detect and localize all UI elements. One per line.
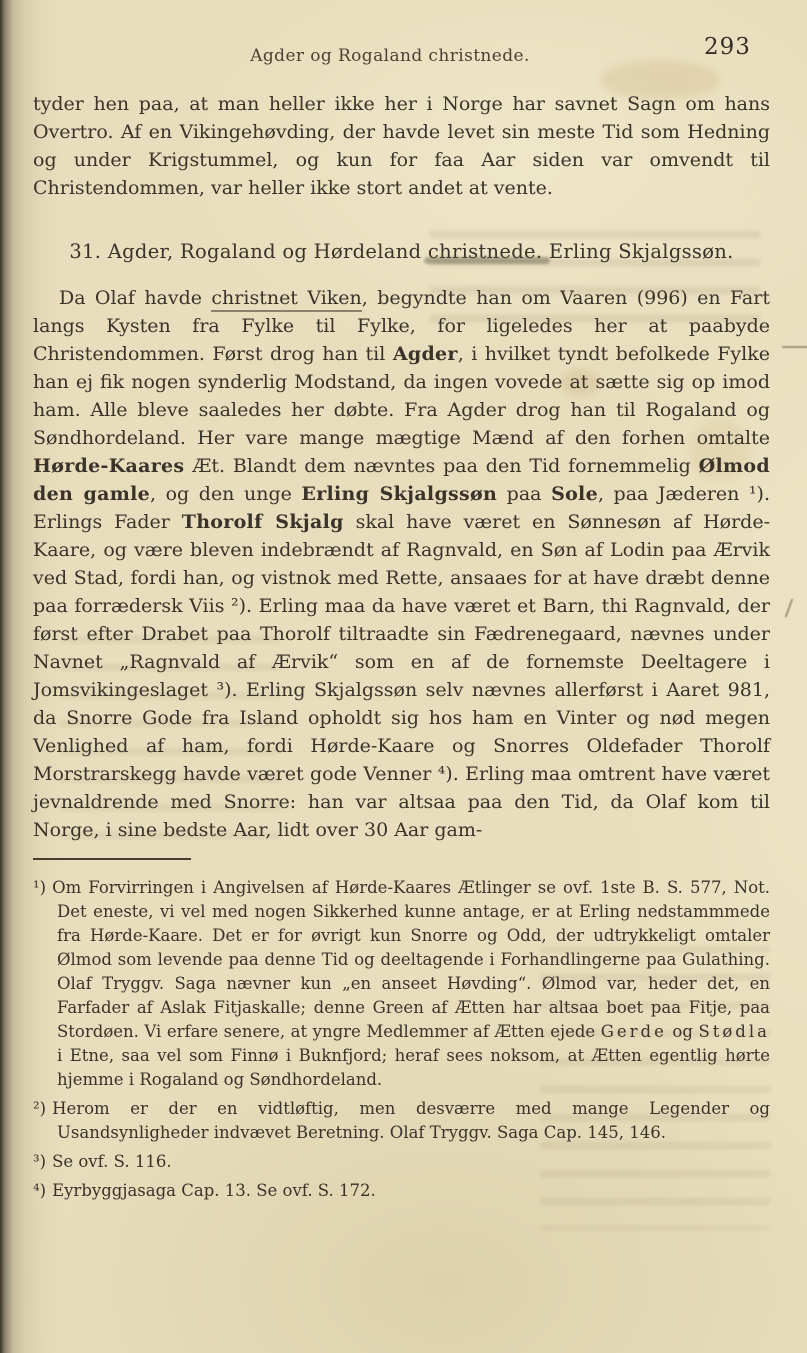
body-text-segment: , og den unge bbox=[150, 483, 301, 505]
footnote-text-segment: Om Forvirringen i Angivelsen af Hørde-Ka… bbox=[52, 878, 770, 1041]
footnotes-section: ¹)Om Forvirringen i Angivelsen af Hørde-… bbox=[33, 876, 770, 1203]
footnote-4: ⁴)Eyrbyggjasaga Cap. 13. Se ovf. S. 172. bbox=[33, 1179, 770, 1203]
footnote-text-segment: og bbox=[667, 1022, 699, 1041]
intro-paragraph: tyder hen paa, at man heller ikke her i … bbox=[33, 90, 770, 202]
section-heading-marked-wrap: christnede. bbox=[428, 240, 543, 263]
footnote-text-segment: Eyrbyggjasaga Cap. 13. Se ovf. S. 172. bbox=[52, 1181, 376, 1200]
footnote-text-segment: Herom er der en vidtløftig, men desværre… bbox=[52, 1099, 770, 1142]
section-heading-subtitle: Erling Skjalgssøn. bbox=[542, 240, 733, 263]
footnote-marker: ³) bbox=[33, 1152, 52, 1171]
place-name-agder: Agder bbox=[393, 343, 458, 365]
footnote-text-segment: i Etne, saa vel som Finnø i Buknfjord; h… bbox=[57, 1046, 770, 1089]
person-name-erling-skjalgssoen: Erling Skjalgssøn bbox=[301, 483, 497, 505]
pencil-mark bbox=[785, 598, 794, 617]
pencil-smudge-mark bbox=[424, 257, 551, 264]
pencil-mark bbox=[782, 346, 807, 348]
body-paragraph: Da Olaf havde christnet Viken, begyndte … bbox=[33, 284, 770, 844]
footnote-3: ³)Se ovf. S. 116. bbox=[33, 1150, 770, 1174]
body-text-segment: Da Olaf havde bbox=[59, 287, 211, 309]
running-header: Agder og Rogaland christnede. bbox=[0, 46, 780, 66]
place-name-gerde: Gerde bbox=[601, 1022, 667, 1041]
place-name-sole: Sole bbox=[551, 483, 598, 505]
footnote-marker: ¹) bbox=[33, 878, 52, 897]
footnote-separator-rule bbox=[33, 858, 191, 860]
body-text-segment: Æt. Blandt dem nævntes paa den Tid forne… bbox=[184, 455, 698, 477]
place-name-stoedla: Stødla bbox=[698, 1022, 770, 1041]
section-heading: 31. Agder, Rogaland og Hørdeland christn… bbox=[33, 240, 770, 263]
footnote-text-segment: Se ovf. S. 116. bbox=[52, 1152, 172, 1171]
body-text-segment: paa bbox=[497, 483, 551, 505]
footnote-marker: ²) bbox=[33, 1099, 52, 1118]
footnote-marker: ⁴) bbox=[33, 1181, 52, 1200]
body-text-segment: skal have været en Sønnesøn af Hørde-Kaa… bbox=[33, 511, 770, 841]
footnote-1: ¹)Om Forvirringen i Angivelsen af Hørde-… bbox=[33, 876, 770, 1092]
pencil-underlined-phrase: christnet Viken bbox=[211, 287, 361, 312]
page-number: 293 bbox=[704, 34, 774, 60]
section-heading-number-title: 31. Agder, Rogaland og Hørdeland bbox=[69, 240, 428, 263]
family-name-hoerde-kaares: Hørde-Kaares bbox=[33, 455, 184, 477]
book-page: Agder og Rogaland christnede. 293 tyder … bbox=[0, 0, 807, 1353]
footnote-2: ²)Herom er der en vidtløftig, men desvær… bbox=[33, 1097, 770, 1145]
text-column: tyder hen paa, at man heller ikke her i … bbox=[33, 90, 770, 1208]
person-name-thorolf-skjalg: Thorolf Skjalg bbox=[182, 511, 344, 533]
